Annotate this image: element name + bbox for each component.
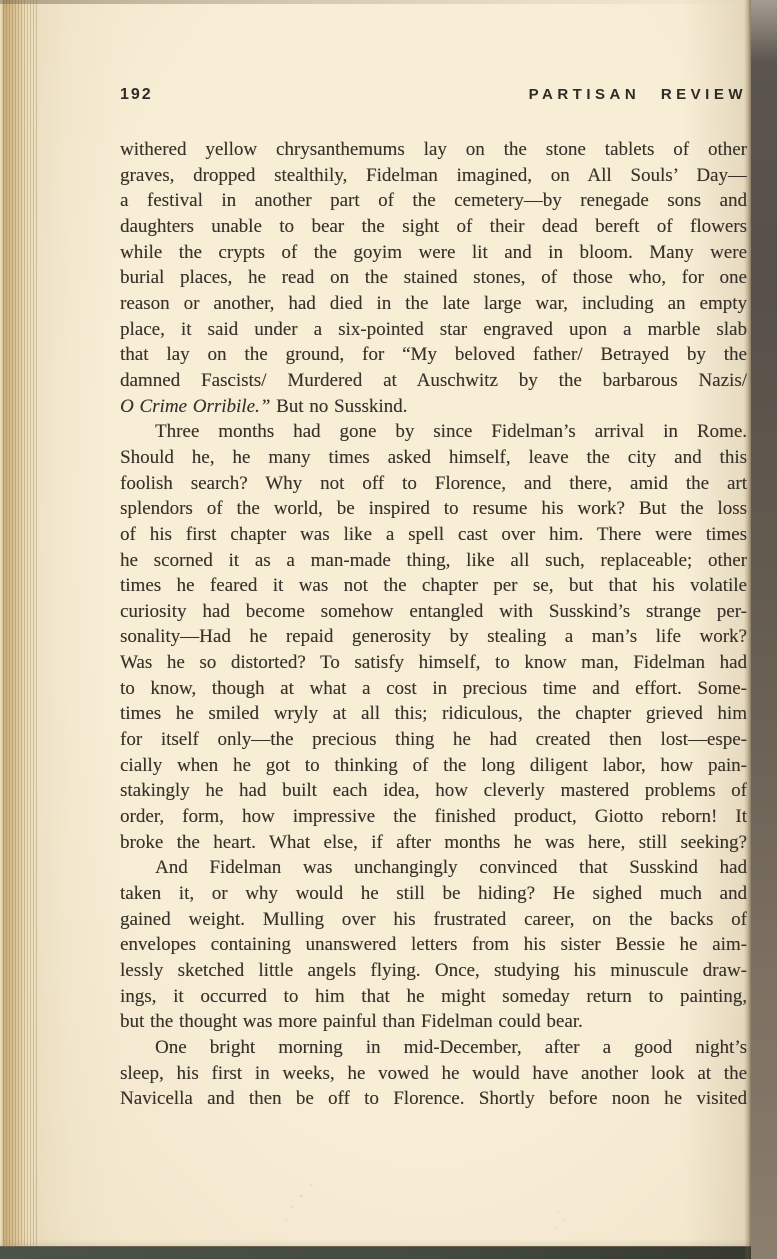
text-line: sonality—Had he repaid generosity by ste… bbox=[120, 624, 747, 650]
text-line: cially when he got to thinking of the lo… bbox=[120, 753, 747, 779]
text-line: burial places, he read on the stained st… bbox=[120, 265, 747, 291]
text-line: Should he, he many times asked himself, … bbox=[120, 445, 747, 471]
text-line: times he smiled wryly at all this; ridic… bbox=[120, 701, 747, 727]
text-line: stakingly he had built each idea, how cl… bbox=[120, 778, 747, 804]
text-line: taken it, or why would he still be hidin… bbox=[120, 881, 747, 907]
text-line: of his first chapter was like a spell ca… bbox=[120, 522, 747, 548]
text-line: foolish search? Why not off to Florence,… bbox=[120, 471, 747, 497]
text-line: a festival in another part of the cemete… bbox=[120, 188, 747, 214]
text-line: envelopes containing unanswered letters … bbox=[120, 932, 747, 958]
text-line: Navicella and then be off to Florence. S… bbox=[120, 1086, 747, 1112]
text-line: he scorned it as a man-made thing, like … bbox=[120, 548, 747, 574]
text-body: withered yellow chrysanthemums lay on th… bbox=[120, 137, 747, 1112]
text-line: O Crime Orribile.” But no Susskind. bbox=[120, 394, 747, 420]
running-header: 192 PARTISAN REVIEW bbox=[120, 86, 747, 106]
book-page-scan: 192 PARTISAN REVIEW withered yellow chry… bbox=[0, 0, 777, 1259]
text-line: times he feared it was not the chapter p… bbox=[120, 573, 747, 599]
text-line: withered yellow chrysanthemums lay on th… bbox=[120, 137, 747, 163]
text-line: curiosity had become somehow entangled w… bbox=[120, 599, 747, 625]
gutter-crease bbox=[744, 0, 751, 1259]
text-line: sleep, his first in weeks, he vowed he w… bbox=[120, 1061, 747, 1087]
text-line: place, it said under a six-pointed star … bbox=[120, 317, 747, 343]
pencil-smudge bbox=[274, 1175, 328, 1239]
text-line: Was he so distorted? To satisfy himself,… bbox=[120, 650, 747, 676]
text-line: but the thought was more painful than Fi… bbox=[120, 1009, 747, 1035]
text-line: while the crypts of the goyim were lit a… bbox=[120, 240, 747, 266]
text-line: And Fidelman was unchangingly convinced … bbox=[120, 855, 747, 881]
pencil-smudge bbox=[550, 1208, 576, 1234]
text-line: gained weight. Mulling over his frustrat… bbox=[120, 907, 747, 933]
bottom-scan-edge bbox=[0, 1246, 777, 1259]
text-line: lessly sketched little angels flying. On… bbox=[120, 958, 747, 984]
text-line: graves, dropped stealthily, Fidelman ima… bbox=[120, 163, 747, 189]
text-line: that lay on the ground, for “My beloved … bbox=[120, 342, 747, 368]
binding-band bbox=[751, 0, 777, 1259]
page-number: 192 bbox=[120, 86, 153, 104]
left-page-edges bbox=[0, 0, 38, 1259]
text-line: reason or another, had died in the late … bbox=[120, 291, 747, 317]
left-edge-highlight bbox=[0, 0, 3, 1259]
journal-title: PARTISAN REVIEW bbox=[529, 86, 747, 103]
text-line: broke the heart. What else, if after mon… bbox=[120, 830, 747, 856]
top-scan-edge bbox=[0, 0, 751, 4]
text-line: damned Fascists/ Murdered at Auschwitz b… bbox=[120, 368, 747, 394]
text-line: daughters unable to bear the sight of th… bbox=[120, 214, 747, 240]
text-segment: But no Susskind. bbox=[270, 396, 407, 417]
text-line: Three months had gone by since Fidelman’… bbox=[120, 419, 747, 445]
italic-phrase: O Crime Orribile.” bbox=[120, 396, 270, 417]
text-line: One bright morning in mid-December, afte… bbox=[120, 1035, 747, 1061]
text-line: to know, though at what a cost in precio… bbox=[120, 676, 747, 702]
text-line: splendors of the world, be inspired to r… bbox=[120, 496, 747, 522]
text-line: ings, it occurred to him that he might s… bbox=[120, 984, 747, 1010]
text-line: for itself only—the precious thing he ha… bbox=[120, 727, 747, 753]
text-line: order, form, how impressive the finished… bbox=[120, 804, 747, 830]
